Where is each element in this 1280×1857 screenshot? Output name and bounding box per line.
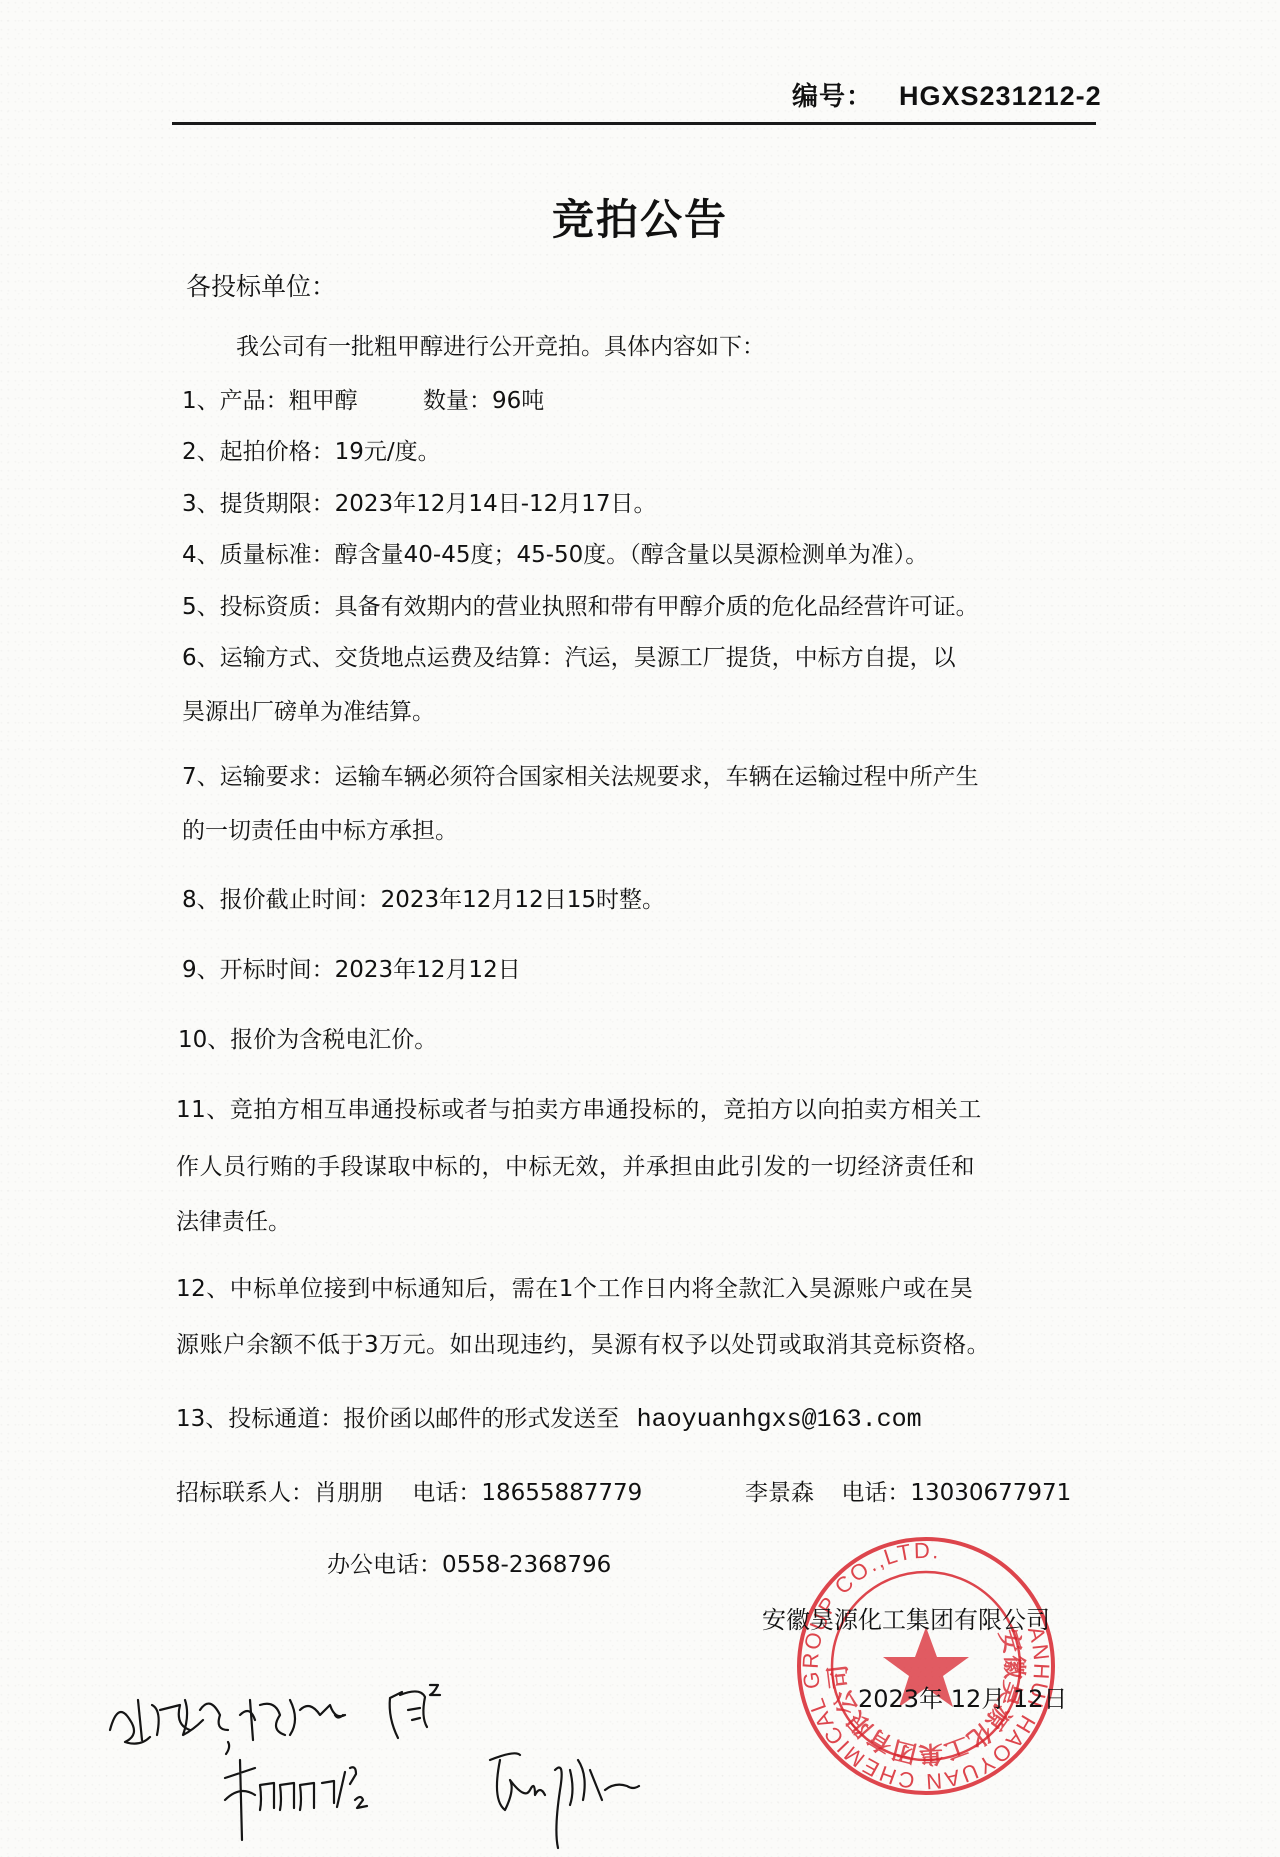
item-11-continued: 作人员行贿的手段谋取中标的，中标无效，并承担由此引发的一切经济责任和 — [176, 1152, 975, 1182]
item-3: 3、提货期限：2023年12月14日-12月17日。 — [182, 489, 657, 519]
office-phone-label: 办公电话： — [327, 1552, 442, 1578]
salutation: 各投标单位： — [186, 272, 336, 302]
item-2: 2、起拍价格：19元/度。 — [182, 437, 441, 467]
item-13-label: 13、投标通道：报价函以邮件的形式发送至 — [176, 1406, 619, 1432]
contact-person-1: 肖朋朋 — [314, 1480, 383, 1506]
phone-2: 13030677971 — [910, 1480, 1071, 1506]
item-12: 12、中标单位接到中标通知后，需在1个工作日内将全款汇入昊源账户或在昊 — [176, 1274, 973, 1304]
contact-label: 招标联系人： — [176, 1480, 314, 1506]
phone-label-1: 电话： — [412, 1480, 481, 1506]
page-title: 竞拍公告 — [0, 187, 1280, 247]
office-phone-line: 办公电话：0558-2368796 — [327, 1550, 611, 1580]
document-number-label: 编号： — [792, 82, 873, 112]
item-12-continued: 源账户余额不低于3万元。如出现违约，昊源有权予以处罚或取消其竞标资格。 — [176, 1330, 990, 1360]
item-10: 10、报价为含税电汇价。 — [178, 1025, 437, 1055]
item-11: 11、竞拍方相互串通投标或者与拍卖方串通投标的，竞拍方以向拍卖方相关工 — [176, 1095, 982, 1125]
item-8: 8、报价截止时间：2023年12月12日15时整。 — [182, 885, 665, 915]
item-4: 4、质量标准：醇含量40-45度；45-50度。（醇含量以昊源检测单为准）。 — [182, 540, 928, 570]
item-13: 13、投标通道：报价函以邮件的形式发送至 haoyuanhgxs@163.com — [176, 1404, 922, 1435]
company-name: 安徽昊源化工集团有限公司 — [762, 1605, 1050, 1635]
office-phone: 0558-2368796 — [442, 1552, 611, 1578]
item-6: 6、运输方式、交货地点运费及结算：汽运，昊源工厂提货，中标方自提，以 — [182, 643, 956, 673]
contact-line-2: 李景森 电话：13030677971 — [745, 1478, 1071, 1508]
document-number-value: HGXS231212-2 — [899, 81, 1102, 111]
intro-paragraph: 我公司有一批粗甲醇进行公开竞拍。具体内容如下： — [236, 332, 765, 362]
item-6-continued: 昊源出厂磅单为准结算。 — [182, 697, 435, 727]
handwritten-annotation-icon — [100, 1660, 700, 1857]
item-1: 1、产品：粗甲醇 数量：96吨 — [182, 386, 544, 416]
item-1-quantity: 数量：96吨 — [423, 388, 544, 414]
contact-person-2: 李景森 — [745, 1480, 814, 1506]
company-seal-icon: ANHUI HAOYUAN CHEMICAL GROUP CO.,LTD. 安徽… — [795, 1535, 1057, 1797]
item-5: 5、投标资质：具备有效期内的营业执照和带有甲醇介质的危化品经营许可证。 — [182, 592, 979, 622]
signature-date: 2023年 12月 12日 — [858, 1684, 1067, 1714]
phone-label-2: 电话： — [841, 1480, 910, 1506]
contact-line: 招标联系人：肖朋朋 电话：18655887779 — [176, 1478, 642, 1508]
header-rule — [172, 122, 1096, 125]
svg-text:ANHUI HAOYUAN CHEMICAL GROUP C: ANHUI HAOYUAN CHEMICAL GROUP CO.,LTD. — [795, 1535, 1057, 1797]
item-11-continued-2: 法律责任。 — [176, 1207, 291, 1237]
item-9: 9、开标时间：2023年12月12日 — [182, 955, 521, 985]
item-7-continued: 的一切责任由中标方承担。 — [182, 816, 458, 846]
item-7: 7、运输要求：运输车辆必须符合国家相关法规要求，车辆在运输过程中所产生 — [182, 762, 979, 792]
email-link[interactable]: haoyuanhgxs@163.com — [637, 1405, 922, 1434]
item-1-product: 1、产品：粗甲醇 — [182, 388, 358, 414]
phone-1: 18655887779 — [481, 1480, 642, 1506]
document-number: 编号：HGXS231212-2 — [792, 76, 1102, 113]
